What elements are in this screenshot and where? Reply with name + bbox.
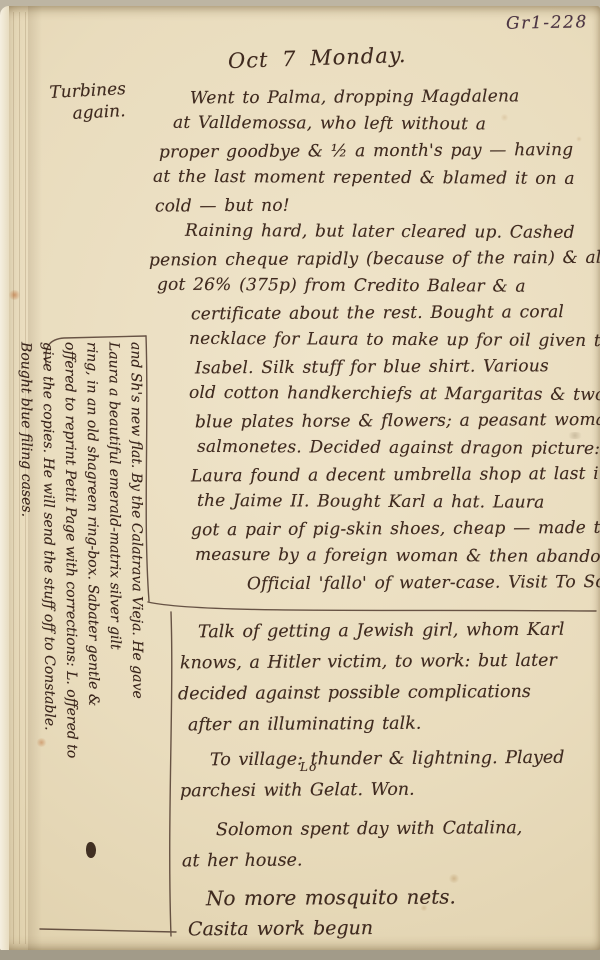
margin-box-line: offered to reprint Petit Page with corre… [58,342,83,930]
diary-line: knows, a Hitler victim, to work: but lat… [180,646,565,680]
diary-line: Laura found a decent umbrella shop at la… [191,461,600,491]
diary-line: To village: thunder & lightning. Played [210,743,565,776]
diary-line: measure by a foreign woman & then abando… [195,542,600,571]
margin-box-line: Bought blue filing cases. [14,342,39,930]
diary-line: certificate about the rest. Bought a cor… [191,299,600,329]
ink-blot [86,842,96,858]
margin-box-line: and Sh's new flat. By the Calatrava Viej… [124,342,149,930]
diary-line: after an illuminating talk. [188,708,565,742]
margin-box-line: Laura a beautiful emerald-matrix silver … [102,342,127,930]
diary-line: got a pair of pig-skin shoes, cheap — ma… [191,515,600,545]
diary-line: Casita work begun [188,912,565,946]
margin-box-rotated-text: and Sh's new flat. By the Calatrava Viej… [16,342,148,930]
diary-line: cold — but no! [155,191,600,221]
diary-line: at Valldemossa, who left without a [173,110,600,139]
page-edge-line [13,12,14,944]
stain-spot [8,290,21,300]
diary-line: Went to Palma, dropping Magdalena [190,83,600,113]
diary-line: got 26% (375p) from Credito Balear & a [157,272,600,302]
diary-entry-main: Went to Palma, dropping Magdalenaat Vall… [145,84,600,597]
diary-line: Official 'fallo' of water-case. Visit To… [247,569,600,598]
diary-line: decided against possible complications [178,677,565,711]
diary-line: old cotton handkerchiefs at Margaritas &… [189,380,600,409]
archive-reference: Gr1-228 [506,12,588,33]
diary-line: Solomon spent day with Catalina, [216,813,565,846]
diary-line: necklace for Laura to make up for oil gi… [189,326,600,355]
diary-line: Isabel. Silk stuff for blue shirt. Vario… [195,353,600,383]
diary-line: proper goodbye & ½ a month's pay — havin… [159,137,600,167]
diary-line: at her house. [182,844,565,878]
diary-line: parchesi with Gelat. Won. [180,774,565,808]
page-edge [0,6,9,950]
diary-line: at the last moment repented & blamed it … [153,164,600,194]
diary-line: No more mosquito nets. [206,881,565,915]
diary-line: Raining hard, but later cleared up. Cash… [185,218,600,247]
margin-box-line: give the copies. He will send the stuff … [36,342,61,930]
diary-line: pension cheque rapidly (because of the r… [149,245,600,275]
diary-line: Talk of getting a Jewish girl, whom Karl [198,615,565,649]
diary-page-scan: Gr1-228 Oct 7 Monday. Turbines again. We… [0,0,600,960]
diary-line: blue plates horse & flowers; a peasant w… [195,407,600,437]
diary-line: salmonetes. Decided against dragon pictu… [197,434,600,463]
margin-note: Turbines again. [49,78,128,126]
diary-entry-second-section: Talk of getting a Jewish girl, whom Karl… [178,616,564,944]
margin-note-line: again. [72,100,128,125]
diary-line: the Jaime II. Bought Karl a hat. Laura [197,488,600,517]
inserted-word: Lo [300,760,317,774]
